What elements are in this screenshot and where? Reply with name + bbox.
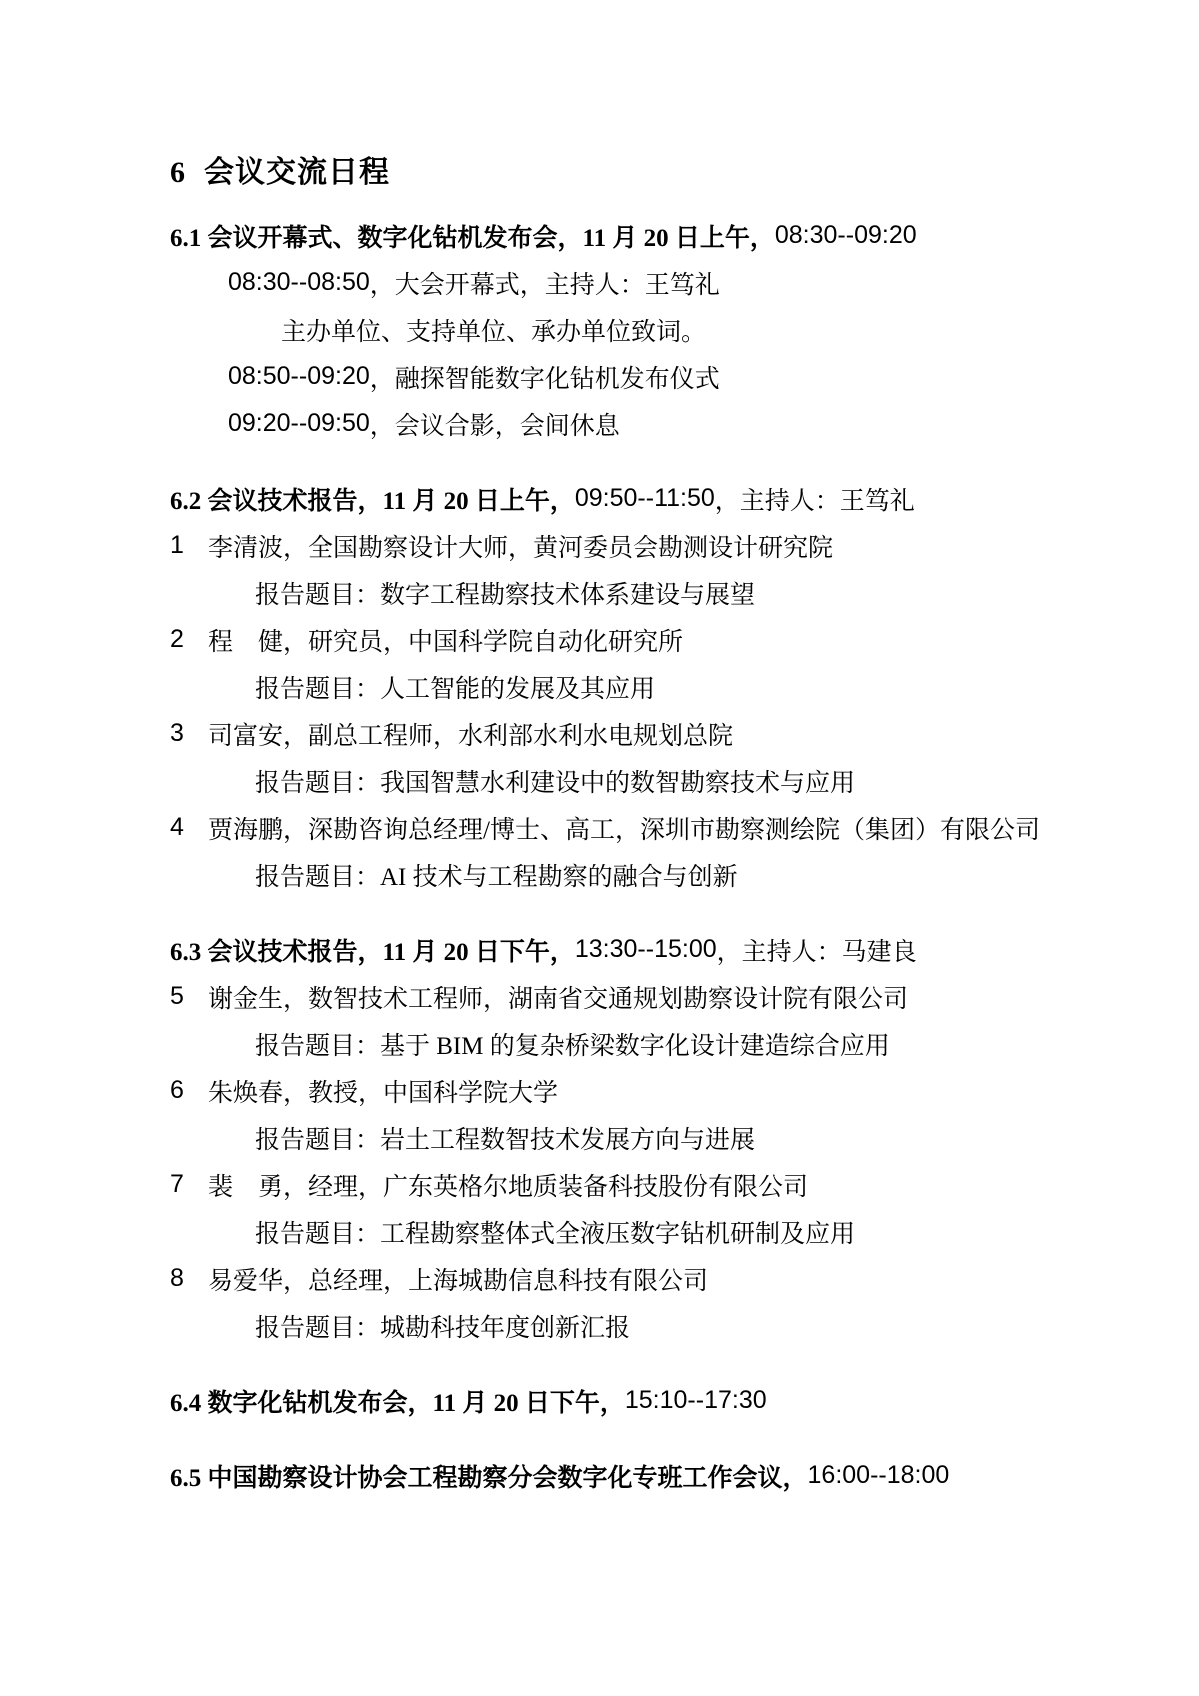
schedule-line-1: 08:30--08:50，大会开幕式，主持人：王笃礼 (170, 259, 1139, 306)
talk-title: 报告题目：基于 BIM 的复杂桥梁数字化设计建造综合应用 (255, 1026, 890, 1062)
document-page: 6会议交流日程 6.1 会议开幕式、数字化钻机发布会，11 月 20 日上午，0… (0, 0, 1199, 1499)
heading-time: 13:30--15:00 (575, 935, 717, 964)
schedule-time: 09:20--09:50 (228, 409, 370, 438)
heading-tail: ，主持人：王笃礼 (715, 481, 915, 517)
schedule-time: 08:50--09:20 (228, 362, 370, 391)
heading-time: 16:00--18:00 (808, 1461, 950, 1490)
section-6-5-heading: 6.5 中国勘察设计协会工程勘察分会数字化专班工作会议，16:00--18:00 (170, 1452, 1139, 1499)
talk-title: 报告题目：数字工程勘察技术体系建设与展望 (255, 575, 755, 611)
talk-3-title-line: 报告题目：我国智慧水利建设中的数智勘察技术与应用 (170, 757, 1139, 804)
talk-speaker: 谢金生，数智技术工程师，湖南省交通规划勘察设计院有限公司 (208, 979, 908, 1015)
talk-3-speaker-line: 3司富安，副总工程师，水利部水利水电规划总院 (170, 710, 1139, 757)
heading-time: 08:30--09:20 (775, 221, 917, 250)
talk-title: 报告题目：城勘科技年度创新汇报 (255, 1308, 630, 1344)
heading-tail: ，主持人：马建良 (717, 932, 917, 968)
talk-number: 1 (170, 531, 208, 560)
heading-time: 15:10--17:30 (625, 1386, 767, 1415)
section-6-4-heading: 6.4 数字化钻机发布会，11 月 20 日下午，15:10--17:30 (170, 1377, 1139, 1424)
talk-2-speaker-line: 2程 健，研究员，中国科学院自动化研究所 (170, 616, 1139, 663)
section-6-1-heading: 6.1 会议开幕式、数字化钻机发布会，11 月 20 日上午，08:30--09… (170, 212, 1139, 259)
heading-bold-text: 6.5 中国勘察设计协会工程勘察分会数字化专班工作会议， (170, 1458, 808, 1494)
talk-6-speaker-line: 6朱焕春，教授，中国科学院大学 (170, 1067, 1139, 1114)
heading-time: 09:50--11:50 (575, 484, 715, 513)
heading-bold-text: 6.3 会议技术报告，11 月 20 日下午， (170, 932, 575, 968)
talk-number: 2 (170, 625, 208, 654)
schedule-text: ，融探智能数字化钻机发布仪式 (370, 359, 720, 395)
schedule-text: ，大会开幕式，主持人：王笃礼 (370, 265, 720, 301)
talk-speaker: 贾海鹏，深勘咨询总经理/博士、高工，深圳市勘察测绘院（集团）有限公司 (208, 810, 1040, 846)
talk-speaker: 易爱华，总经理，上海城勘信息科技有限公司 (208, 1261, 708, 1297)
talk-speaker: 李清波，全国勘察设计大师，黄河委员会勘测设计研究院 (208, 528, 833, 564)
section-6-2-heading: 6.2 会议技术报告，11 月 20 日上午，09:50--11:50，主持人：… (170, 475, 1139, 522)
talk-number: 7 (170, 1170, 208, 1199)
talk-2-title-line: 报告题目：人工智能的发展及其应用 (170, 663, 1139, 710)
schedule-text: 主办单位、支持单位、承办单位致词。 (281, 312, 706, 348)
section-number: 6 (170, 152, 186, 194)
talk-1-title-line: 报告题目：数字工程勘察技术体系建设与展望 (170, 569, 1139, 616)
talk-4-speaker-line: 4贾海鹏，深勘咨询总经理/博士、高工，深圳市勘察测绘院（集团）有限公司 (170, 804, 1139, 851)
talk-speaker: 裴 勇，经理，广东英格尔地质装备科技股份有限公司 (208, 1167, 808, 1203)
schedule-text: ，会议合影，会间休息 (370, 406, 620, 442)
talk-title: 报告题目：岩土工程数智技术发展方向与进展 (255, 1120, 755, 1156)
heading-bold-text: 6.2 会议技术报告，11 月 20 日上午， (170, 481, 575, 517)
talk-4-title-line: 报告题目：AI 技术与工程勘察的融合与创新 (170, 851, 1139, 898)
talk-title: 报告题目：我国智慧水利建设中的数智勘察技术与应用 (255, 763, 855, 799)
talk-title: 报告题目：AI 技术与工程勘察的融合与创新 (255, 857, 738, 893)
talk-title: 报告题目：工程勘察整体式全液压数字钻机研制及应用 (255, 1214, 855, 1250)
schedule-line-2: 08:50--09:20，融探智能数字化钻机发布仪式 (170, 353, 1139, 400)
section-6-3-heading: 6.3 会议技术报告，11 月 20 日下午，13:30--15:00，主持人：… (170, 926, 1139, 973)
talk-number: 6 (170, 1076, 208, 1105)
heading-bold-text: 6.1 会议开幕式、数字化钻机发布会，11 月 20 日上午， (170, 218, 775, 254)
talk-speaker: 朱焕春，教授，中国科学院大学 (208, 1073, 558, 1109)
page-title-text: 会议交流日程 (204, 156, 390, 189)
talk-number: 3 (170, 719, 208, 748)
schedule-subline: 主办单位、支持单位、承办单位致词。 (170, 306, 1139, 353)
talk-5-speaker-line: 5谢金生，数智技术工程师，湖南省交通规划勘察设计院有限公司 (170, 973, 1139, 1020)
talk-number: 4 (170, 813, 208, 842)
talk-8-speaker-line: 8易爱华，总经理，上海城勘信息科技有限公司 (170, 1255, 1139, 1302)
talk-speaker: 程 健，研究员，中国科学院自动化研究所 (208, 622, 683, 658)
talk-8-title-line: 报告题目：城勘科技年度创新汇报 (170, 1302, 1139, 1349)
talk-number: 8 (170, 1264, 208, 1293)
heading-bold-text: 6.4 数字化钻机发布会，11 月 20 日下午， (170, 1383, 625, 1419)
talk-1-speaker-line: 1李清波，全国勘察设计大师，黄河委员会勘测设计研究院 (170, 522, 1139, 569)
page-title: 6会议交流日程 (170, 152, 1139, 194)
talk-7-speaker-line: 7裴 勇，经理，广东英格尔地质装备科技股份有限公司 (170, 1161, 1139, 1208)
talk-6-title-line: 报告题目：岩土工程数智技术发展方向与进展 (170, 1114, 1139, 1161)
talk-5-title-line: 报告题目：基于 BIM 的复杂桥梁数字化设计建造综合应用 (170, 1020, 1139, 1067)
talk-number: 5 (170, 982, 208, 1011)
talk-title: 报告题目：人工智能的发展及其应用 (255, 669, 655, 705)
schedule-time: 08:30--08:50 (228, 268, 370, 297)
schedule-line-3: 09:20--09:50，会议合影，会间休息 (170, 400, 1139, 447)
talk-7-title-line: 报告题目：工程勘察整体式全液压数字钻机研制及应用 (170, 1208, 1139, 1255)
talk-speaker: 司富安，副总工程师，水利部水利水电规划总院 (208, 716, 733, 752)
